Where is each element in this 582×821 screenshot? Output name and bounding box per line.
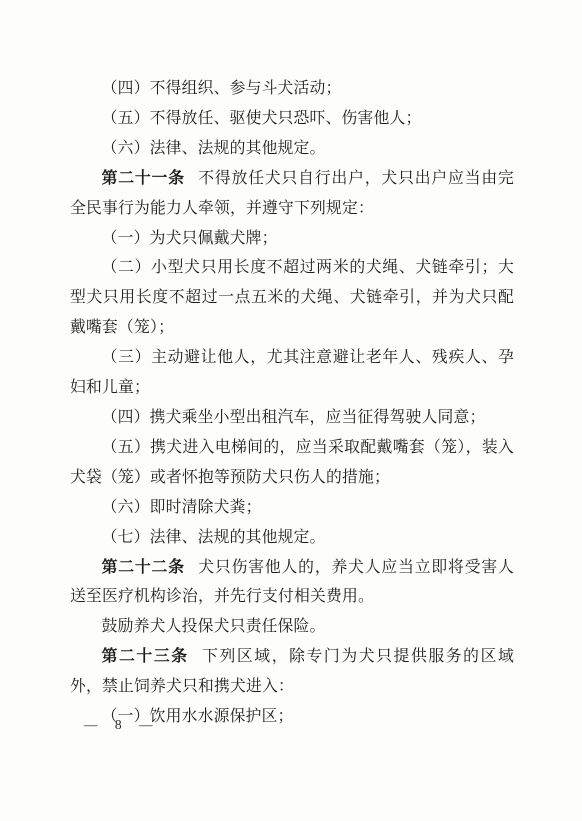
document-page: （四）不得组织、参与斗犬活动； （五）不得放任、驱使犬只恐吓、伤害他人； （六）…	[0, 0, 582, 821]
list-item: （六）即时清除犬粪；	[70, 493, 514, 523]
article-number: 第二十一条	[102, 170, 185, 187]
list-item: （七）法律、法规的其他规定。	[70, 523, 514, 553]
list-item: （三）主动避让他人，尤其注意避让老年人、残疾人、孕妇和儿童；	[70, 343, 514, 403]
list-item: （五）携犬进入电梯间的，应当采取配戴嘴套（笼），装入犬袋（笼）或者怀抱等预防犬只…	[70, 433, 514, 493]
document-body: （四）不得组织、参与斗犬活动； （五）不得放任、驱使犬只恐吓、伤害他人； （六）…	[70, 74, 514, 732]
page-number: — 8 —	[84, 717, 154, 733]
article-number: 第二十二条	[102, 559, 185, 576]
list-item: （五）不得放任、驱使犬只恐吓、伤害他人；	[70, 104, 514, 134]
article-number: 第二十三条	[102, 648, 189, 665]
article-paragraph: 第二十一条不得放任犬只自行出户，犬只出户应当由完全民事行为能力人牵领，并遵守下列…	[70, 164, 514, 224]
list-item: （六）法律、法规的其他规定。	[70, 134, 514, 164]
article-paragraph: 第二十二条犬只伤害他人的，养犬人应当立即将受害人送至医疗机构诊治，并先行支付相关…	[70, 553, 514, 613]
list-item: （四）携犬乘坐小型出租汽车，应当征得驾驶人同意；	[70, 403, 514, 433]
list-item: （四）不得组织、参与斗犬活动；	[70, 74, 514, 104]
article-paragraph: 第二十三条下列区域，除专门为犬只提供服务的区域外，禁止饲养犬只和携犬进入：	[70, 642, 514, 702]
body-paragraph: 鼓励养犬人投保犬只责任保险。	[70, 612, 514, 642]
list-item: （一）为犬只佩戴犬牌；	[70, 224, 514, 254]
list-item: （二）小型犬只用长度不超过两米的犬绳、犬链牵引；大型犬只用长度不超过一点五米的犬…	[70, 253, 514, 343]
